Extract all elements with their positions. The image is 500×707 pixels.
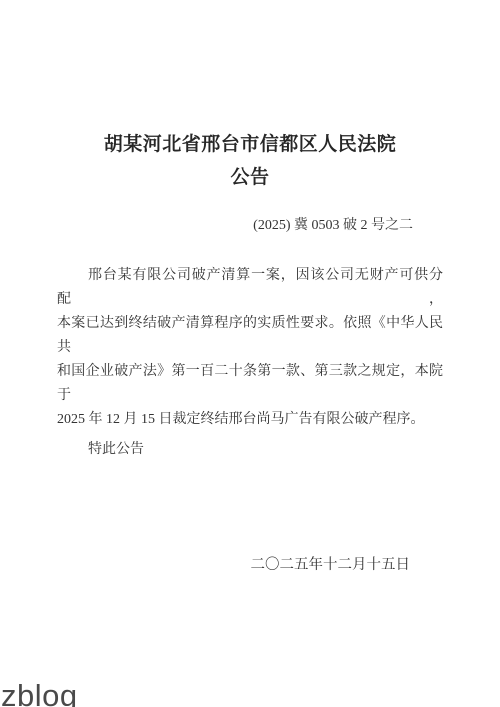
closing-statement: 特此公告: [57, 438, 443, 462]
case-number: (2025) 冀 0503 破 2 号之二: [57, 215, 443, 236]
body-line: 本案已达到终结破产清算程序的实质性要求。依照《中华人民共: [57, 312, 443, 360]
document-page: { "announcement": { "court_title": "胡某河北…: [0, 0, 500, 707]
court-title: 胡某河北省邢台市信都区人民法院: [57, 0, 443, 158]
announcement-body: 邢台某有限公司破产清算一案，因该公司无财产可供分配， 本案已达到终结破产清算程序…: [57, 264, 443, 432]
body-line: 邢台某有限公司破产清算一案，因该公司无财产可供分配，: [57, 264, 443, 312]
document-type-title: 公告: [57, 164, 443, 191]
site-watermark: zblog: [1, 678, 78, 707]
body-line: 和国企业破产法》第一百二十条第一款、第三款之规定，本院于: [57, 360, 443, 408]
announcement-date: 二〇二五年十二月十五日: [57, 554, 443, 576]
announcement-document: 胡某河北省邢台市信都区人民法院 公告 (2025) 冀 0503 破 2 号之二…: [0, 0, 500, 576]
body-line: 2025 年 12 月 15 日裁定终结邢台尚马广告有限公破产程序。: [57, 408, 443, 432]
